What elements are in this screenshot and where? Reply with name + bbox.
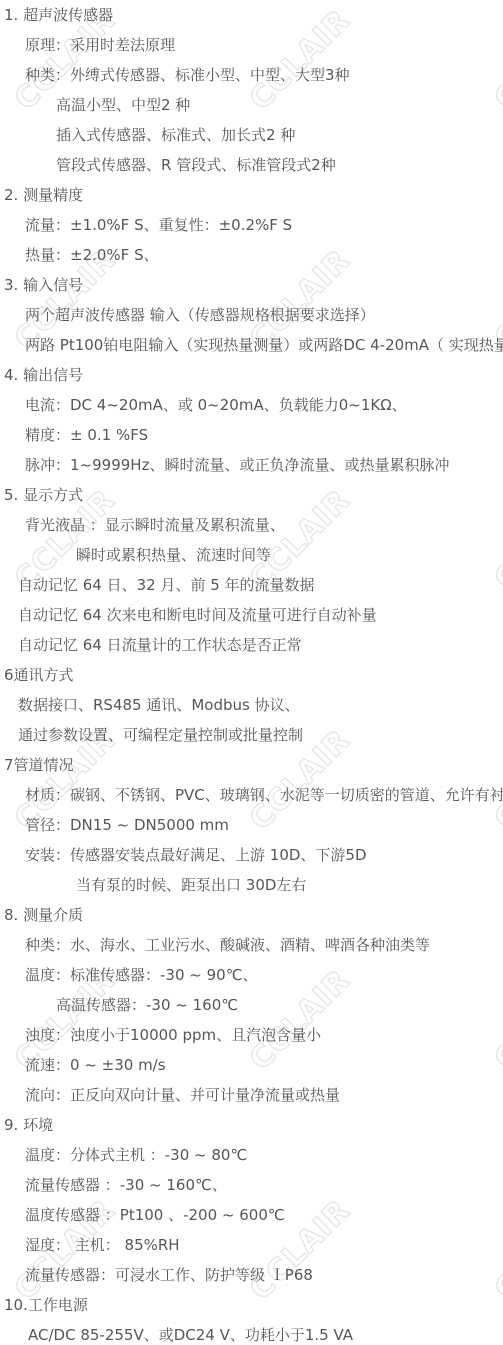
spec-line: 数据接口、RS485 通讯、Modbus 协议、 bbox=[0, 690, 503, 720]
section-heading: 2. 测量精度 bbox=[0, 180, 503, 210]
spec-line: 流量：±1.0%F S、重复性：±0.2%F S bbox=[0, 210, 503, 240]
spec-line: 自动记忆 64 日流量计的工作状态是否正常 bbox=[0, 630, 503, 660]
section-heading: 3. 输入信号 bbox=[0, 270, 503, 300]
section-heading: 10.工作电源 bbox=[0, 1290, 503, 1320]
spec-line: 自动记忆 64 日、32 月、前 5 年的流量数据 bbox=[0, 570, 503, 600]
spec-line: 原理：采用时差法原理 bbox=[0, 30, 503, 60]
spec-sheet: CCLAIRCCLAIRCCLAIRCCLAIRCCLAIRCCLAIRCCLA… bbox=[0, 0, 503, 1345]
spec-line: 插入式传感器、标准式、加长式2 种 bbox=[0, 120, 503, 150]
spec-line: 材质：碳钢、不锈钢、PVC、玻璃钢、水泥等一切质密的管道、允许有衬里 bbox=[0, 780, 503, 810]
spec-content: 1. 超声波传感器原理：采用时差法原理种类：外缚式传感器、标准小型、中型、大型3… bbox=[0, 0, 503, 1345]
spec-line: 电流：DC 4~20mA、或 0~20mA、负载能力0~1KΩ、 bbox=[0, 390, 503, 420]
spec-line: 精度：± 0.1 %FS bbox=[0, 420, 503, 450]
section-heading: 5. 显示方式 bbox=[0, 480, 503, 510]
spec-line: 高温传感器：-30 ~ 160℃ bbox=[0, 990, 503, 1020]
spec-line: 自动记忆 64 次来电和断电时间及流量可进行自动补量 bbox=[0, 600, 503, 630]
spec-line: 两个超声波传感器 输入（传感器规格根据要求选择） bbox=[0, 300, 503, 330]
spec-line: 温度：标准传感器：-30 ~ 90℃、 bbox=[0, 960, 503, 990]
spec-line: 种类：水、海水、工业污水、酸碱液、酒精、啤酒各种油类等 bbox=[0, 930, 503, 960]
spec-line: AC/DC 85-255V、或DC24 V、功耗小于1.5 VA bbox=[0, 1320, 503, 1345]
spec-line: 两路 Pt100铂电阻输入（实现热量测量）或两路DC 4-20mA（ 实现热量测… bbox=[0, 330, 503, 360]
spec-line: 热量：±2.0%F S、 bbox=[0, 240, 503, 270]
spec-line: 温度传感器 ：Pt100 、-200 ~ 600℃ bbox=[0, 1200, 503, 1230]
section-heading: 4. 输出信号 bbox=[0, 360, 503, 390]
spec-line: 种类：外缚式传感器、标准小型、中型、大型3种 bbox=[0, 60, 503, 90]
spec-line: 通过参数设置、可编程定量控制或批量控制 bbox=[0, 720, 503, 750]
spec-line: 湿度： 主机： 85%RH bbox=[0, 1230, 503, 1260]
spec-line: 温度：分体式主机 ：-30 ~ 80℃ bbox=[0, 1140, 503, 1170]
spec-line: 流速：0 ~ ±30 m/s bbox=[0, 1050, 503, 1080]
section-heading: 6通讯方式 bbox=[0, 660, 503, 690]
spec-line: 浊度：浊度小于10000 ppm、且汽泡含量小 bbox=[0, 1020, 503, 1050]
spec-line: 流向：正反向双向计量、并可计量净流量或热量 bbox=[0, 1080, 503, 1110]
spec-line: 安装：传感器安装点最好满足、上游 10D、下游5D bbox=[0, 840, 503, 870]
spec-line: 流量传感器 ：-30 ~ 160℃、 bbox=[0, 1170, 503, 1200]
section-heading: 7管道情况 bbox=[0, 750, 503, 780]
spec-line: 背光液晶 ：显示瞬时流量及累积流量、 bbox=[0, 510, 503, 540]
spec-line: 高温小型、中型2 种 bbox=[0, 90, 503, 120]
spec-line: 流量传感器：可浸水工作、防护等级 ＩP68 bbox=[0, 1260, 503, 1290]
spec-line: 管段式传感器、R 管段式、标准管段式2种 bbox=[0, 150, 503, 180]
spec-line: 瞬时或累积热量、流速时间等 bbox=[0, 540, 503, 570]
section-heading: 8. 测量介质 bbox=[0, 900, 503, 930]
spec-line: 管径：DN15 ~ DN5000 mm bbox=[0, 810, 503, 840]
section-heading: 1. 超声波传感器 bbox=[0, 0, 503, 30]
spec-line: 脉冲：1~9999Hz、瞬时流量、或正负净流量、或热量累积脉冲 bbox=[0, 450, 503, 480]
section-heading: 9. 环境 bbox=[0, 1110, 503, 1140]
spec-line: 当有泵的时候、距泵出口 30D左右 bbox=[0, 870, 503, 900]
